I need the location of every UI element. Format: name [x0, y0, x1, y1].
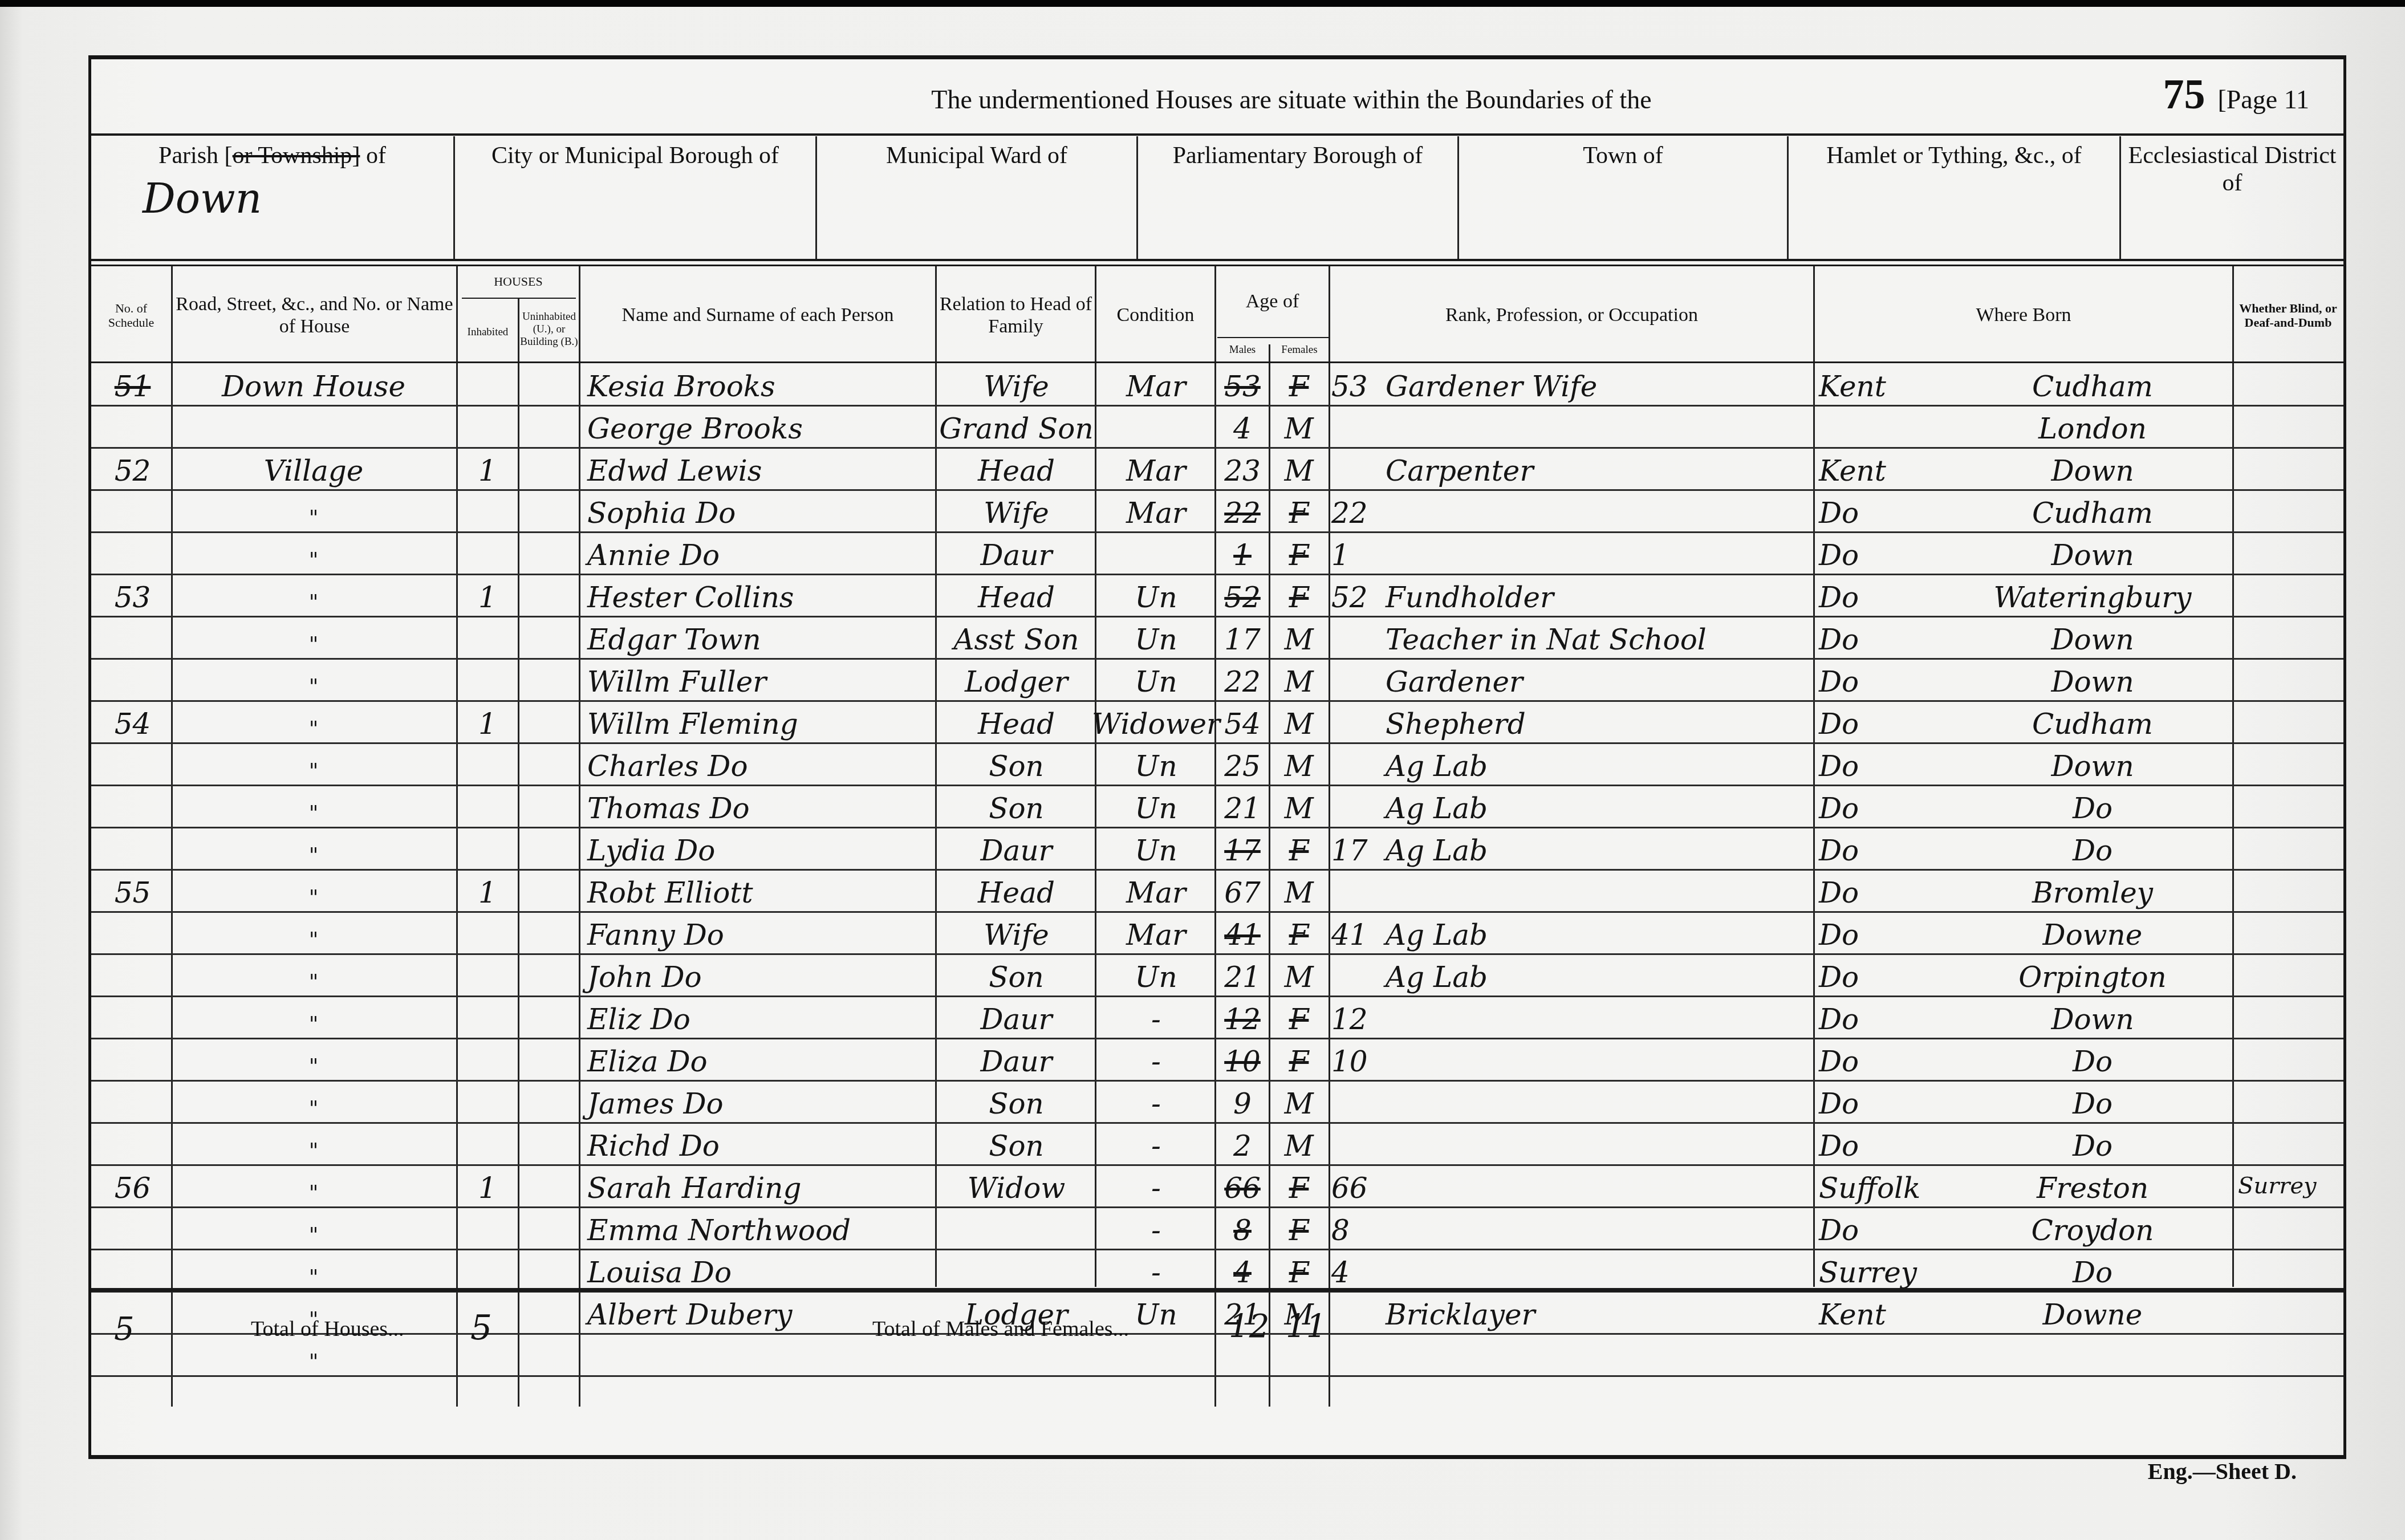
row-age-m: 10: [1217, 1039, 1267, 1082]
row-name: Edwd Lewis: [587, 449, 932, 491]
row-road: ": [177, 997, 450, 1039]
row-condition: -: [1100, 1166, 1212, 1208]
row-born-county: Do: [1819, 660, 1950, 702]
boundary-label-suffix: of: [360, 143, 386, 169]
rule: [456, 266, 458, 1407]
row-inhabited: [459, 828, 516, 871]
col-header-infirmity: Whether Blind, or Deaf-and-Dumb: [2234, 270, 2342, 360]
row-schedule: [97, 1124, 168, 1166]
row-age-m: 21: [1217, 955, 1267, 997]
row-inhabited: [459, 955, 516, 997]
boundary-label-struck: or Township]: [233, 143, 360, 169]
row-condition: Un: [1100, 955, 1212, 997]
row-road: ": [177, 1208, 450, 1250]
row-road: ": [177, 575, 450, 617]
boundary-city: City or Municipal Borough of: [455, 136, 815, 259]
row-occupation: [1386, 997, 1810, 1039]
rule: [171, 266, 173, 1407]
row-occupation: Teacher in Nat School: [1386, 617, 1810, 660]
row-age-f: F: [1270, 533, 1327, 575]
row-name: Louisa Do: [587, 1250, 932, 1293]
row-born-place: Cudham: [1956, 364, 2229, 407]
row-schedule: [97, 828, 168, 871]
row-name: Sarah Harding: [587, 1166, 932, 1208]
boundary-parish: Parish [or Township] of Down: [91, 136, 453, 259]
row-relation: [941, 1250, 1092, 1293]
row-inhabited: [459, 491, 516, 533]
row-born-place: Cudham: [1956, 702, 2229, 744]
row-relation: Son: [941, 1124, 1092, 1166]
rule: [91, 259, 2343, 261]
row-age-corr: [1331, 1124, 1377, 1166]
row-age-corr: [1331, 660, 1377, 702]
row-relation: Son: [941, 955, 1092, 997]
row-age-m: 53: [1217, 364, 1267, 407]
row-age-corr: [1331, 617, 1377, 660]
row-age-corr: [1331, 786, 1377, 828]
folio-number: 75[Page 11: [2163, 71, 2309, 119]
row-age-corr: [1331, 955, 1377, 997]
row-condition: Un: [1100, 575, 1212, 617]
row-age-m: 66: [1217, 1166, 1267, 1208]
col-header-houses: HOUSES: [458, 267, 579, 296]
row-age-f: M: [1270, 407, 1327, 449]
boundary-ecclesiastical: Ecclesiastical District of: [2121, 136, 2343, 259]
row-schedule: [97, 786, 168, 828]
row-age-f: M: [1270, 1082, 1327, 1124]
row-born-county: Do: [1819, 913, 1950, 955]
row-inhabited: [459, 1082, 516, 1124]
row-relation: Wife: [941, 491, 1092, 533]
row-inhabited: [459, 997, 516, 1039]
rule: [935, 266, 937, 1287]
row-age-corr: 22: [1331, 491, 1377, 533]
row-occupation: [1386, 407, 1810, 449]
row-condition: Un: [1100, 786, 1212, 828]
row-age-m: 2: [1217, 1124, 1267, 1166]
row-relation: Daur: [941, 1039, 1092, 1082]
row-born-place: Bromley: [1956, 871, 2229, 913]
row-name: Sophia Do: [587, 491, 932, 533]
boundary-label: Parish [: [159, 143, 233, 169]
row-name: Robt Elliott: [587, 871, 932, 913]
row-inhabited: [459, 1039, 516, 1082]
row-age-m: 21: [1217, 786, 1267, 828]
row-occupation: Shepherd: [1386, 702, 1810, 744]
row-road: ": [177, 1250, 450, 1293]
total-females: 11: [1286, 1308, 1326, 1345]
row-age-f: M: [1270, 617, 1327, 660]
row-age-f: F: [1270, 1166, 1327, 1208]
row-road: ": [177, 828, 450, 871]
row-age-m: 67: [1217, 871, 1267, 913]
row-age-m: 23: [1217, 449, 1267, 491]
row-born-place: Downe: [1956, 913, 2229, 955]
row-born-place: Down: [1956, 744, 2229, 786]
row-road: ": [177, 491, 450, 533]
row-born-county: Do: [1819, 828, 1950, 871]
total-males: 12: [1229, 1308, 1269, 1345]
row-condition: -: [1100, 1082, 1212, 1124]
row-relation: Wife: [941, 364, 1092, 407]
parish-value: Down: [91, 175, 453, 222]
row-relation: Head: [941, 449, 1092, 491]
row-schedule: [97, 913, 168, 955]
row-age-m: 1: [1217, 533, 1267, 575]
row-occupation: [1386, 1039, 1810, 1082]
row-inhabited: [459, 1250, 516, 1293]
page-label: [Page 11: [2217, 85, 2309, 114]
row-born-place: Do: [1956, 828, 2229, 871]
row-road: ": [177, 744, 450, 786]
row-age-f: F: [1270, 913, 1327, 955]
row-age-m: 25: [1217, 744, 1267, 786]
row-name: Charles Do: [587, 744, 932, 786]
row-inhabited: 1: [459, 871, 516, 913]
margin-note: Surrey: [2238, 1173, 2317, 1199]
row-condition: Un: [1100, 617, 1212, 660]
row-occupation: [1386, 1208, 1810, 1250]
row-age-f: F: [1270, 364, 1327, 407]
row-road: ": [177, 786, 450, 828]
row-relation: Lodger: [941, 660, 1092, 702]
row-name: Hester Collins: [587, 575, 932, 617]
row-road: ": [177, 617, 450, 660]
row-schedule: [97, 1208, 168, 1250]
row-age-f: F: [1270, 575, 1327, 617]
row-schedule: 52: [97, 449, 168, 491]
row-condition: -: [1100, 1039, 1212, 1082]
row-age-corr: 66: [1331, 1166, 1377, 1208]
row-schedule: 53: [97, 575, 168, 617]
row-schedule: [97, 1082, 168, 1124]
row-age-m: 52: [1217, 575, 1267, 617]
row-born-county: Do: [1819, 617, 1950, 660]
row-inhabited: [459, 786, 516, 828]
total-houses-label: Total of Houses...: [251, 1316, 404, 1342]
row-schedule: [97, 617, 168, 660]
row-born-county: Do: [1819, 744, 1950, 786]
row-age-corr: [1331, 407, 1377, 449]
row-age-m: 22: [1217, 491, 1267, 533]
col-header-relation: Relation to Head of Family: [937, 270, 1095, 360]
row-age-corr: [1331, 449, 1377, 491]
row-occupation: [1386, 1082, 1810, 1124]
row-name: John Do: [587, 955, 932, 997]
row-relation: Daur: [941, 997, 1092, 1039]
row-relation: Head: [941, 575, 1092, 617]
row-age-m: 4: [1217, 407, 1267, 449]
row-born-county: [1819, 1335, 1950, 1377]
total-schedules: 5: [114, 1311, 135, 1348]
row-born-place: Do: [1956, 1082, 2229, 1124]
col-header-road: Road, Street, &c., and No. or Name of Ho…: [173, 270, 456, 360]
row-occupation: Ag Lab: [1386, 744, 1810, 786]
row-condition: Un: [1100, 744, 1212, 786]
rule: [1095, 266, 1096, 1287]
rule: [1813, 266, 1815, 1287]
row-name: Richd Do: [587, 1124, 932, 1166]
row-road: ": [177, 1082, 450, 1124]
row-born-county: Do: [1819, 871, 1950, 913]
rule: [91, 361, 2343, 363]
row-inhabited: [459, 407, 516, 449]
row-age-f: F: [1270, 1039, 1327, 1082]
row-condition: Mar: [1100, 491, 1212, 533]
row-born-place: Downe: [1956, 1293, 2229, 1335]
boundary-town: Town of: [1459, 136, 1787, 259]
row-road: ": [177, 1124, 450, 1166]
rule: [1329, 266, 1330, 1407]
col-header-condition: Condition: [1096, 270, 1214, 360]
row-inhabited: 1: [459, 449, 516, 491]
row-age-m: 8: [1217, 1208, 1267, 1250]
row-born-place: Cudham: [1956, 491, 2229, 533]
row-age-m: 17: [1217, 828, 1267, 871]
row-occupation: Gardener Wife: [1386, 364, 1810, 407]
row-age-f: M: [1270, 744, 1327, 786]
row-born-county: Do: [1819, 1039, 1950, 1082]
row-occupation: Fundholder: [1386, 575, 1810, 617]
row-name: George Brooks: [587, 407, 932, 449]
row-name: Willm Fuller: [587, 660, 932, 702]
row-born-place: Do: [1956, 1124, 2229, 1166]
row-born-county: Do: [1819, 575, 1950, 617]
row-relation: Grand Son: [941, 407, 1092, 449]
row-born-county: [1819, 407, 1950, 449]
row-road: Down House: [177, 364, 450, 407]
row-condition: -: [1100, 997, 1212, 1039]
row-age-corr: 52: [1331, 575, 1377, 617]
row-born-place: Do: [1956, 1250, 2229, 1293]
row-condition: [1100, 407, 1212, 449]
total-houses-value: 5: [470, 1308, 492, 1348]
row-age-m: 17: [1217, 617, 1267, 660]
row-schedule: [97, 491, 168, 533]
col-header-inhabited: Inhabited: [458, 304, 518, 360]
row-road: [177, 407, 450, 449]
boundary-parliamentary: Parliamentary Borough of: [1138, 136, 1457, 259]
row-born-place: Down: [1956, 617, 2229, 660]
row-born-place: London: [1956, 407, 2229, 449]
row-age-corr: 4: [1331, 1250, 1377, 1293]
row-condition: -: [1100, 1124, 1212, 1166]
row-condition: Widower: [1100, 702, 1212, 744]
row-schedule: [97, 744, 168, 786]
row-born-place: Down: [1956, 533, 2229, 575]
row-born-county: Do: [1819, 702, 1950, 744]
row-born-place: Do: [1956, 1039, 2229, 1082]
row-born-county: Do: [1819, 955, 1950, 997]
row-occupation: [1386, 1250, 1810, 1293]
boundary-ward: Municipal Ward of: [817, 136, 1136, 259]
row-relation: Son: [941, 744, 1092, 786]
col-header-males: Males: [1216, 340, 1269, 360]
row-condition: Mar: [1100, 364, 1212, 407]
row-age-f: F: [1270, 491, 1327, 533]
row-born-place: Croydon: [1956, 1208, 2229, 1250]
row-condition: Mar: [1100, 871, 1212, 913]
row-age-f: F: [1270, 828, 1327, 871]
row-age-m: 12: [1217, 997, 1267, 1039]
row-age-f: M: [1270, 449, 1327, 491]
rule: [579, 266, 580, 1407]
row-inhabited: [459, 1124, 516, 1166]
row-name: Emma Northwood: [587, 1208, 932, 1250]
row-relation: Widow: [941, 1166, 1092, 1208]
row-road: ": [177, 1039, 450, 1082]
row-name: Willm Fleming: [587, 702, 932, 744]
row-road: ": [177, 702, 450, 744]
col-header-where-born: Where Born: [1815, 270, 2232, 360]
row-road: ": [177, 955, 450, 997]
row-occupation: [1386, 491, 1810, 533]
row-road: ": [177, 533, 450, 575]
row-condition: Un: [1100, 660, 1212, 702]
row-inhabited: 1: [459, 575, 516, 617]
page-title: The undermentioned Houses are situate wi…: [91, 65, 2343, 133]
row-age-f: M: [1270, 1124, 1327, 1166]
row-inhabited: [459, 364, 516, 407]
row-condition: -: [1100, 1250, 1212, 1293]
row-inhabited: [459, 1208, 516, 1250]
row-age-corr: [1331, 744, 1377, 786]
rule: [91, 133, 2343, 136]
row-occupation: [1386, 1166, 1810, 1208]
row-schedule: [97, 533, 168, 575]
row-inhabited: [459, 913, 516, 955]
row-age-corr: 1: [1331, 533, 1377, 575]
row-age-f: M: [1270, 786, 1327, 828]
row-born-county: Do: [1819, 786, 1950, 828]
row-inhabited: [459, 533, 516, 575]
row-relation: Head: [941, 871, 1092, 913]
row-relation: Head: [941, 702, 1092, 744]
col-header-females: Females: [1270, 340, 1329, 360]
col-header-schedule: No. of Schedule: [91, 270, 171, 360]
row-age-f: F: [1270, 1250, 1327, 1293]
rule: [1214, 266, 1216, 1407]
row-age-f: M: [1270, 955, 1327, 997]
row-condition: Un: [1100, 828, 1212, 871]
row-occupation: Ag Lab: [1386, 955, 1810, 997]
row-born-place: Down: [1956, 449, 2229, 491]
row-inhabited: [459, 744, 516, 786]
row-schedule: [97, 1039, 168, 1082]
row-schedule: 54: [97, 702, 168, 744]
row-occupation: [1386, 1124, 1810, 1166]
row-relation: [941, 1208, 1092, 1250]
rule: [518, 299, 519, 1407]
row-born-county: Do: [1819, 1208, 1950, 1250]
row-age-corr: [1331, 1293, 1377, 1335]
row-occupation: [1386, 871, 1810, 913]
row-age-corr: [1331, 1082, 1377, 1124]
row-born-county: Kent: [1819, 449, 1950, 491]
row-name: Fanny Do: [587, 913, 932, 955]
row-born-county: Suffolk: [1819, 1166, 1950, 1208]
row-schedule: 51: [97, 364, 168, 407]
row-born-county: Kent: [1819, 1293, 1950, 1335]
row-schedule: 55: [97, 871, 168, 913]
row-schedule: [97, 407, 168, 449]
row-born-place: [1956, 1335, 2229, 1377]
row-born-place: Down: [1956, 997, 2229, 1039]
boundary-hamlet: Hamlet or Tything, &c., of: [1789, 136, 2119, 259]
row-born-county: Do: [1819, 533, 1950, 575]
census-sheet: The undermentioned Houses are situate wi…: [88, 55, 2346, 1459]
row-born-county: Surrey: [1819, 1250, 1950, 1293]
scan-border: [0, 0, 2405, 7]
row-road: ": [177, 660, 450, 702]
row-occupation: Gardener: [1386, 660, 1810, 702]
row-occupation: Ag Lab: [1386, 786, 1810, 828]
row-relation: Son: [941, 1082, 1092, 1124]
row-relation: Wife: [941, 913, 1092, 955]
row-age-f: F: [1270, 997, 1327, 1039]
row-name: Lydia Do: [587, 828, 932, 871]
row-name: Eliza Do: [587, 1039, 932, 1082]
row-schedule: [97, 997, 168, 1039]
row-born-place: Do: [1956, 786, 2229, 828]
row-age-corr: [1331, 702, 1377, 744]
row-condition: Mar: [1100, 913, 1212, 955]
row-age-corr: 8: [1331, 1208, 1377, 1250]
sheet-label: Eng.—Sheet D.: [2148, 1458, 2297, 1485]
row-name: Kesia Brooks: [587, 364, 932, 407]
total-persons-label: Total of Males and Females...: [872, 1316, 1129, 1342]
row-born-place: Wateringbury: [1956, 575, 2229, 617]
row-age-f: M: [1270, 871, 1327, 913]
row-occupation: Bricklayer: [1386, 1293, 1810, 1335]
col-header-occupation: Rank, Profession, or Occupation: [1330, 270, 1813, 360]
row-age-f: M: [1270, 702, 1327, 744]
row-age-f: M: [1270, 660, 1327, 702]
row-born-county: Do: [1819, 997, 1950, 1039]
row-condition: Mar: [1100, 449, 1212, 491]
row-age-corr: [1331, 1335, 1377, 1377]
col-header-age: Age of: [1216, 270, 1329, 333]
row-age-corr: 10: [1331, 1039, 1377, 1082]
row-inhabited: [459, 660, 516, 702]
row-born-county: Do: [1819, 1082, 1950, 1124]
row-occupation: Carpenter: [1386, 449, 1810, 491]
row-age-m: 41: [1217, 913, 1267, 955]
row-name: Annie Do: [587, 533, 932, 575]
row-relation: Son: [941, 786, 1092, 828]
row-age-corr: [1331, 871, 1377, 913]
row-road: Village: [177, 449, 450, 491]
rule: [91, 1288, 2343, 1292]
row-born-county: Kent: [1819, 364, 1950, 407]
row-name: James Do: [587, 1082, 932, 1124]
row-born-county: Do: [1819, 491, 1950, 533]
row-born-place: Down: [1956, 660, 2229, 702]
row-born-place: Freston: [1956, 1166, 2229, 1208]
row-inhabited: 1: [459, 1166, 516, 1208]
row-occupation: [1386, 533, 1810, 575]
census-page: The undermentioned Houses are situate wi…: [0, 7, 2405, 1540]
rule: [91, 265, 2343, 266]
row-age-m: 9: [1217, 1082, 1267, 1124]
row-born-place: Orpington: [1956, 955, 2229, 997]
row-age-corr: 17: [1331, 828, 1377, 871]
row-road: ": [177, 1166, 450, 1208]
rule: [2232, 266, 2234, 1287]
row-schedule: [97, 1250, 168, 1293]
row-age-m: 4: [1217, 1250, 1267, 1293]
row-born-county: Do: [1819, 1124, 1950, 1166]
